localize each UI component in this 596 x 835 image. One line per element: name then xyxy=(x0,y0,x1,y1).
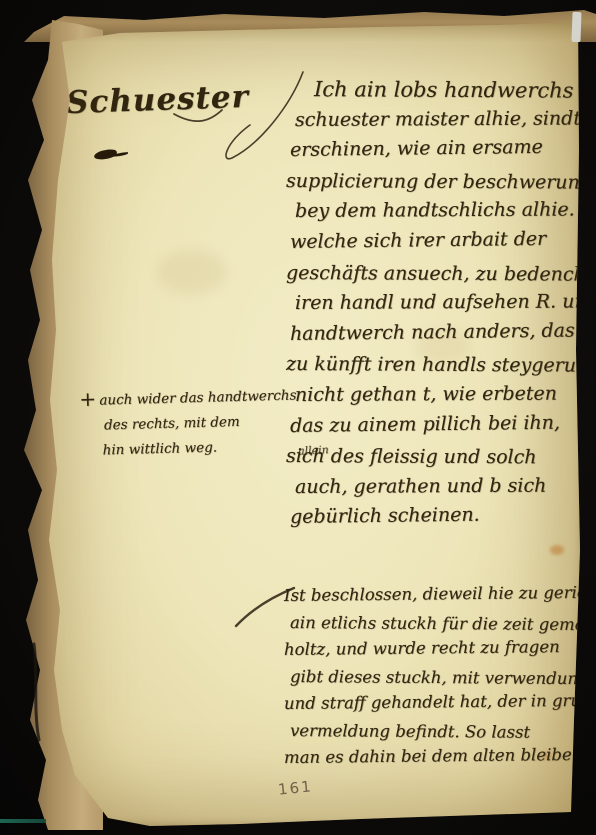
text-line: zu künfft iren handls steygerung xyxy=(286,349,582,381)
manuscript-page: Schuester Ich ain lobs handwerchs schues… xyxy=(36,20,582,826)
text-line: iren handl und aufsehen R. unnd xyxy=(286,287,582,319)
text-line: und straff gehandelt hat, der in grund xyxy=(284,687,584,717)
page-heading: Schuester xyxy=(65,79,249,121)
paper-stain xyxy=(156,250,226,294)
text-line: geschäfts ansuech, zu bedenckhen xyxy=(286,258,582,290)
text-line: nicht gethan t, wie erbeten xyxy=(286,378,582,410)
text-line: das zu ainem pillich bei ihn, xyxy=(286,407,582,441)
margin-note: + auch wider das handtwerchs des rechts,… xyxy=(99,383,298,463)
text-line: Ich ain lobs handwerchs xyxy=(286,74,582,106)
interline-note: allein xyxy=(298,443,329,458)
text-line: Ist beschlossen, dieweil hie zu gericht xyxy=(284,579,584,609)
text-line: erschinen, wie ain ersame xyxy=(286,132,582,166)
ink-blot xyxy=(93,148,117,160)
paper-sliver xyxy=(571,12,581,42)
text-line: bey dem handtschlichs alhie. xyxy=(286,195,582,227)
text-line: auch, gerathen und b sich xyxy=(286,470,582,502)
text-line: sich des fleissig und solch xyxy=(286,441,582,473)
text-line: schuester maister alhie, sindt xyxy=(286,103,582,135)
text-line: handtwerch nach anders, das xyxy=(286,315,582,349)
paper-stain xyxy=(550,545,564,555)
text-line: gebürlich scheinen. xyxy=(286,499,582,533)
text-line: holtz, und wurde recht zu fragen xyxy=(284,633,584,663)
closing-text-block: Ist beschlossen, dieweil hie zu gericht … xyxy=(284,582,584,771)
main-text-block: Ich ain lobs handwerchs schuester maiste… xyxy=(286,74,582,533)
text-line: supplicierung der beschwerung xyxy=(286,166,582,198)
margin-note-line: auch wider das handtwerchs xyxy=(99,383,297,413)
text-line: man es dahin bei dem alten bleiben. xyxy=(284,741,584,771)
folio-number: 161 xyxy=(277,777,313,799)
photo-background: Schuester Ich ain lobs handwerchs schues… xyxy=(0,0,596,835)
cross-mark: + xyxy=(79,387,96,411)
table-edge-line xyxy=(0,819,46,823)
margin-note-line: hin wittlich weg. xyxy=(100,433,298,463)
text-line: welche sich irer arbait der xyxy=(286,223,582,257)
